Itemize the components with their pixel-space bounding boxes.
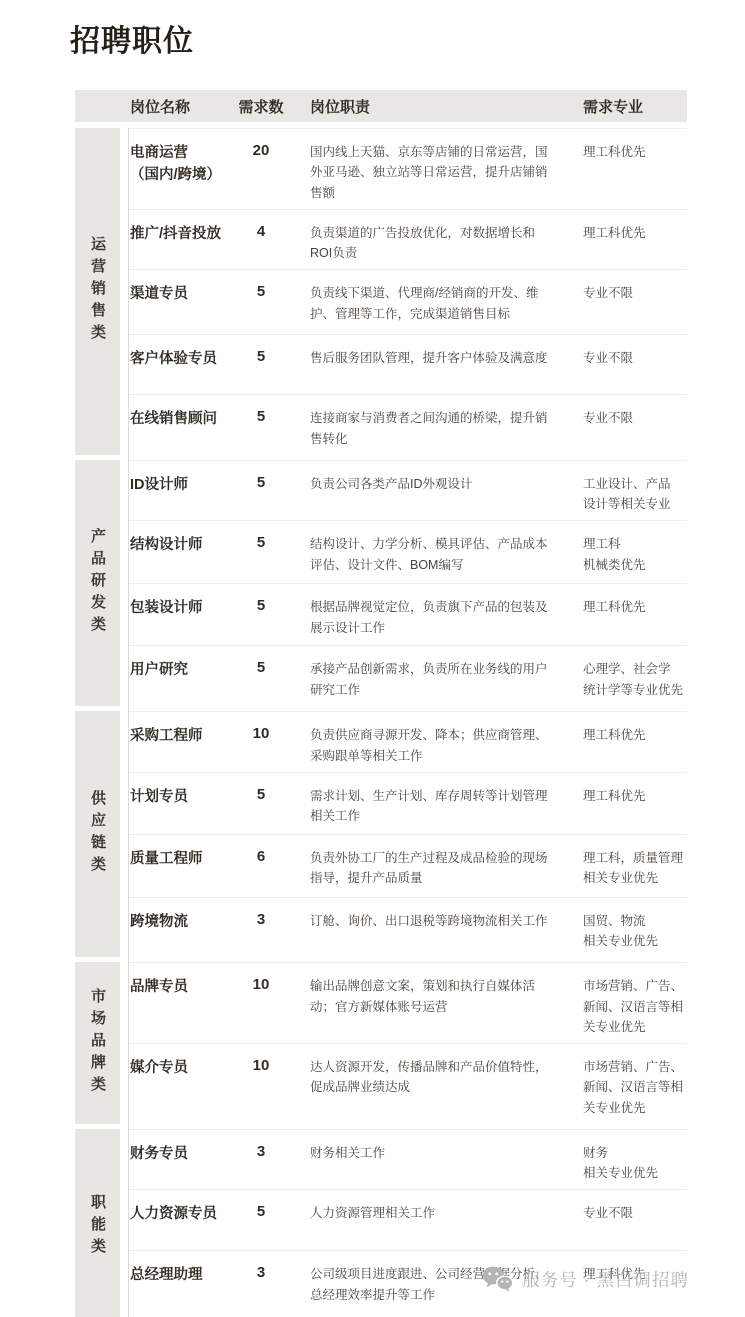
cell-position-name: 电商运营 （国内/跨境） [128,142,232,187]
cell-headcount: 5 [232,534,290,551]
cell-duties: 负责公司各类产品ID外观设计 [290,474,565,494]
cell-headcount: 10 [232,976,290,993]
cell-duties: 负责供应商寻源开发、降本；供应商管理、采购跟单等相关工作 [290,725,565,766]
cell-headcount: 5 [232,474,290,491]
group-label: 供应链类 [75,711,120,957]
wechat-icon [482,1266,513,1292]
table-row: 财务专员 3 财务相关工作 财务 相关专业优先 [128,1129,687,1190]
cell-headcount: 5 [232,408,290,425]
cell-position-name: 媒介专员 [128,1057,232,1079]
group-product-rnd: 产品研发类 ID设计师 5 负责公司各类产品ID外观设计 工业设计、产品 设计等… [75,460,687,707]
header-major: 需求专业 [565,96,687,117]
table-row: 结构设计师 5 结构设计、力学分析、模具评估、产品成本评估、设计文件、BOM编写… [128,520,687,583]
cell-duties: 达人资源开发，传播品牌和产品价值特性，促成品牌业绩达成 [290,1057,565,1098]
group-label-text: 职能类 [87,1194,108,1260]
cell-headcount: 3 [232,1143,290,1160]
cell-position-name: 跨境物流 [128,911,232,933]
cell-duties: 售后服务团队管理，提升客户体验及满意度 [290,348,565,368]
table-row: 人力资源专员 5 人力资源管理相关工作 专业不限 [128,1189,687,1250]
cell-major: 理工科优先 [565,786,687,806]
cell-position-name: 品牌专员 [128,976,232,998]
cell-duties: 财务相关工作 [290,1143,565,1163]
group-label-text: 供应链类 [87,790,108,878]
footer-watermark: 服务号 · 黑白调招聘 [482,1266,689,1292]
table-body: 运营销售类 电商运营 （国内/跨境） 20 国内线上天猫、京东等店铺的日常运营，… [75,128,687,1317]
cell-headcount: 5 [232,1203,290,1220]
cell-major: 理工科，质量管理 相关专业优先 [565,848,687,889]
group-supply-chain: 供应链类 采购工程师 10 负责供应商寻源开发、降本；供应商管理、采购跟单等相关… [75,711,687,957]
cell-major: 市场营销、广告、 新闻、汉语言等相 关专业优先 [565,976,687,1037]
cell-major: 理工科优先 [565,223,687,243]
cell-position-name: 客户体验专员 [128,348,232,370]
group-rows: 品牌专员 10 输出品牌创意文案，策划和执行自媒体活动；官方新媒体账号运营 市场… [128,962,687,1124]
table-row: 跨境物流 3 订舱、询价、出口退税等跨境物流相关工作 国贸、物流 相关专业优先 [128,897,687,958]
cell-headcount: 5 [232,786,290,803]
cell-position-name: ID设计师 [128,474,232,496]
table-row: 采购工程师 10 负责供应商寻源开发、降本；供应商管理、采购跟单等相关工作 理工… [128,711,687,772]
cell-major: 理工科优先 [565,142,687,162]
cell-duties: 结构设计、力学分析、模具评估、产品成本评估、设计文件、BOM编写 [290,534,565,575]
cell-headcount: 10 [232,1057,290,1074]
table-row: 用户研究 5 承接产品创新需求，负责所在业务线的用户研究工作 心理学、社会学 统… [128,645,687,706]
footer-label: 服务号 · 黑白调招聘 [522,1267,689,1292]
group-rows: 采购工程师 10 负责供应商寻源开发、降本；供应商管理、采购跟单等相关工作 理工… [128,711,687,957]
cell-duties: 人力资源管理相关工作 [290,1203,565,1223]
vertical-divider [128,128,129,1317]
header-duties: 岗位职责 [290,96,565,117]
table-row: 在线销售顾问 5 连接商家与消费者之间沟通的桥梁，提升销售转化 专业不限 [128,394,687,455]
group-label-text: 运营销售类 [87,236,108,346]
cell-position-name: 渠道专员 [128,283,232,305]
cell-position-name: 结构设计师 [128,534,232,556]
cell-duties: 连接商家与消费者之间沟通的桥梁，提升销售转化 [290,408,565,449]
cell-headcount: 5 [232,283,290,300]
table-row: 品牌专员 10 输出品牌创意文案，策划和执行自媒体活动；官方新媒体账号运营 市场… [128,962,687,1043]
table-row: 客户体验专员 5 售后服务团队管理，提升客户体验及满意度 专业不限 [128,334,687,394]
group-label: 运营销售类 [75,128,120,455]
cell-position-name: 计划专员 [128,786,232,808]
cell-major: 心理学、社会学 统计学等专业优先 [565,659,687,700]
cell-headcount: 10 [232,725,290,742]
header-position-name: 岗位名称 [128,96,232,117]
table-row: 质量工程师 6 负责外协工厂的生产过程及成品检验的现场指导，提升产品质量 理工科… [128,834,687,897]
cell-major: 理工科优先 [565,597,687,617]
cell-duties: 负责渠道的广告投放优化，对数据增长和ROI负责 [290,223,565,264]
table-row: 渠道专员 5 负责线下渠道、代理商/经销商的开发、维护、管理等工作，完成渠道销售… [128,269,687,334]
cell-headcount: 5 [232,659,290,676]
cell-duties: 输出品牌创意文案，策划和执行自媒体活动；官方新媒体账号运营 [290,976,565,1017]
cell-position-name: 用户研究 [128,659,232,681]
table-row: ID设计师 5 负责公司各类产品ID外观设计 工业设计、产品 设计等相关专业 [128,460,687,521]
table-row: 推广/抖音投放 4 负责渠道的广告投放优化，对数据增长和ROI负责 理工科优先 [128,209,687,270]
cell-major: 理工科 机械类优先 [565,534,687,575]
group-label-text: 市场品牌类 [87,988,108,1098]
cell-headcount: 3 [232,911,290,928]
table-row: 包装设计师 5 根据品牌视觉定位，负责旗下产品的包装及展示设计工作 理工科优先 [128,583,687,645]
table-header-row: 岗位名称 需求数 岗位职责 需求专业 [75,90,687,122]
cell-headcount: 20 [232,142,290,159]
cell-position-name: 财务专员 [128,1143,232,1165]
cell-position-name: 总经理助理 [128,1264,232,1286]
page-title: 招聘职位 [70,16,194,60]
cell-duties: 国内线上天猫、京东等店铺的日常运营，国外亚马逊、独立站等日常运营，提升店铺销售额 [290,142,565,203]
table-row: 电商运营 （国内/跨境） 20 国内线上天猫、京东等店铺的日常运营，国外亚马逊、… [128,128,687,209]
cell-major: 专业不限 [565,348,687,368]
cell-position-name: 在线销售顾问 [128,408,232,430]
group-label: 产品研发类 [75,460,120,707]
cell-position-name: 质量工程师 [128,848,232,870]
cell-position-name: 包装设计师 [128,597,232,619]
cell-position-name: 推广/抖音投放 [128,223,232,245]
cell-major: 工业设计、产品 设计等相关专业 [565,474,687,515]
cell-duties: 负责线下渠道、代理商/经销商的开发、维护、管理等工作，完成渠道销售目标 [290,283,565,324]
table-row: 计划专员 5 需求计划、生产计划、库存周转等计划管理相关工作 理工科优先 [128,772,687,834]
group-label: 市场品牌类 [75,962,120,1124]
group-rows: 电商运营 （国内/跨境） 20 国内线上天猫、京东等店铺的日常运营，国外亚马逊、… [128,128,687,455]
cell-duties: 根据品牌视觉定位，负责旗下产品的包装及展示设计工作 [290,597,565,638]
cell-headcount: 4 [232,223,290,240]
cell-position-name: 人力资源专员 [128,1203,232,1225]
cell-duties: 承接产品创新需求，负责所在业务线的用户研究工作 [290,659,565,700]
cell-major: 国贸、物流 相关专业优先 [565,911,687,952]
group-label: 职能类 [75,1129,120,1317]
group-rows: ID设计师 5 负责公司各类产品ID外观设计 工业设计、产品 设计等相关专业 结… [128,460,687,707]
table-row: 媒介专员 10 达人资源开发，传播品牌和产品价值特性，促成品牌业绩达成 市场营销… [128,1043,687,1124]
cell-major: 财务 相关专业优先 [565,1143,687,1184]
cell-duties: 需求计划、生产计划、库存周转等计划管理相关工作 [290,786,565,827]
cell-headcount: 5 [232,348,290,365]
cell-major: 市场营销、广告、 新闻、汉语言等相 关专业优先 [565,1057,687,1118]
cell-major: 专业不限 [565,408,687,428]
cell-position-name: 采购工程师 [128,725,232,747]
group-marketing-brand: 市场品牌类 品牌专员 10 输出品牌创意文案，策划和执行自媒体活动；官方新媒体账… [75,962,687,1124]
header-headcount: 需求数 [232,96,290,117]
group-label-text: 产品研发类 [87,528,108,638]
cell-major: 理工科优先 [565,725,687,745]
recruitment-table: 岗位名称 需求数 岗位职责 需求专业 运营销售类 电商运营 （国内/跨境） 20… [75,90,687,1317]
group-operations-sales: 运营销售类 电商运营 （国内/跨境） 20 国内线上天猫、京东等店铺的日常运营，… [75,128,687,455]
cell-headcount: 6 [232,848,290,865]
cell-headcount: 5 [232,597,290,614]
cell-duties: 订舱、询价、出口退税等跨境物流相关工作 [290,911,565,931]
cell-headcount: 3 [232,1264,290,1281]
cell-major: 专业不限 [565,1203,687,1223]
cell-duties: 负责外协工厂的生产过程及成品检验的现场指导，提升产品质量 [290,848,565,889]
cell-major: 专业不限 [565,283,687,303]
